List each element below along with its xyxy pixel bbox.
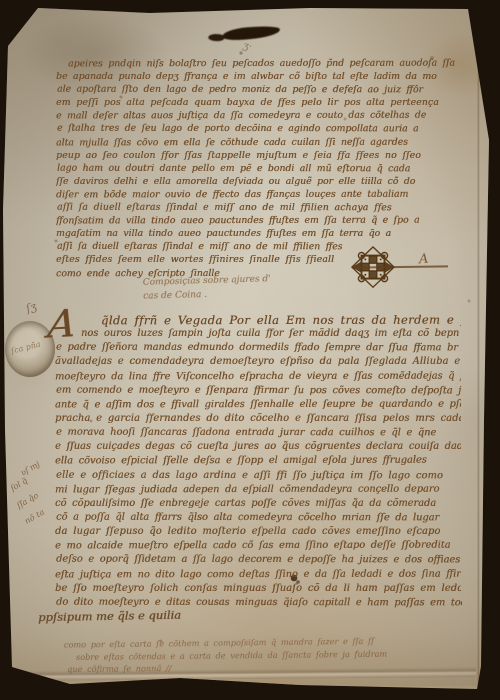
ink-specks: [0, 0, 2, 2]
edge-vignette: [0, 0, 500, 700]
photo-background: ʒ· apeires pndqin niſs bolaſtro ſeu peſc…: [0, 0, 500, 700]
parchment-page: ʒ· apeires pndqin niſs bolaſtro ſeu peſc…: [0, 0, 500, 700]
